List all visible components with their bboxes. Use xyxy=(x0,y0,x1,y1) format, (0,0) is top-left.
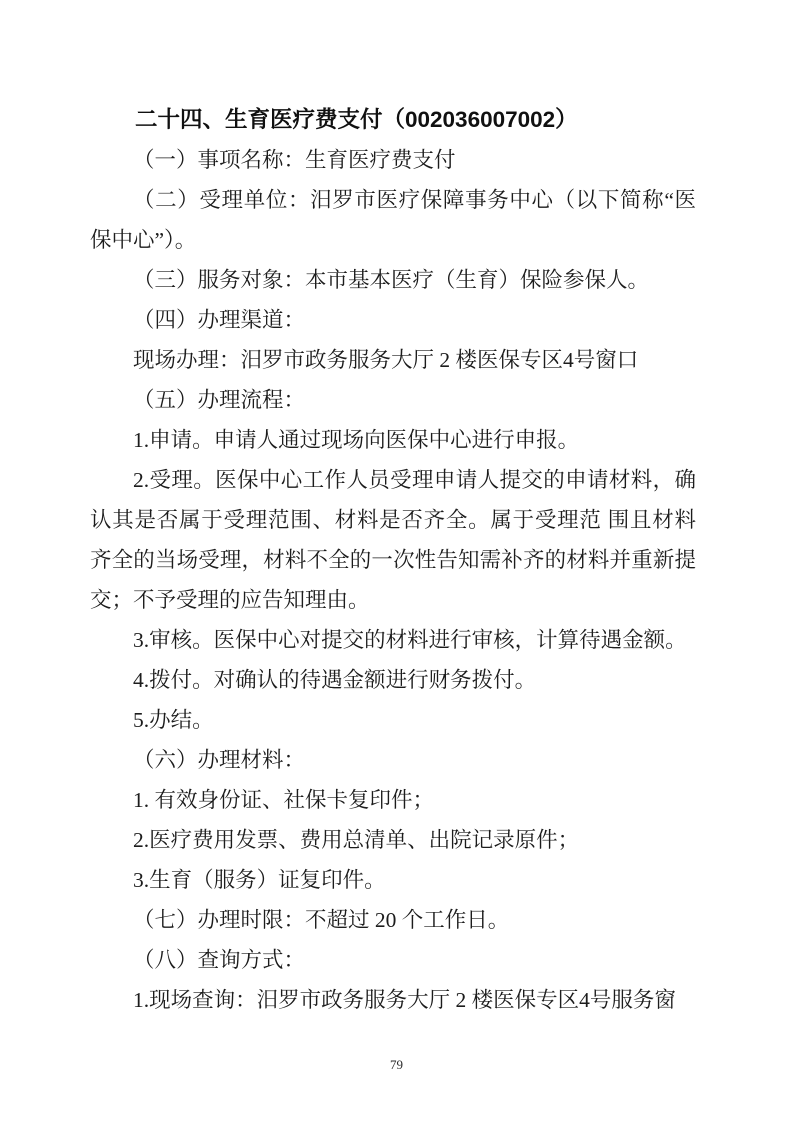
document-content: 二十四、生育医疗费支付（002036007002） （一）事项名称：生育医疗费支… xyxy=(90,100,696,1020)
paragraph-material-2: 2.医疗费用发票、费用总清单、出院记录原件； xyxy=(90,820,696,860)
paragraph-step-apply: 1.申请。申请人通过现场向医保中心进行申报。 xyxy=(90,420,696,460)
paragraph-inquiry-onsite: 1.现场查询：汨罗市政务服务大厅 2 楼医保专区4号服务窗 xyxy=(90,980,696,1020)
paragraph-onsite-channel: 现场办理：汨罗市政务服务大厅 2 楼医保专区4号窗口 xyxy=(90,340,696,380)
page-number: 79 xyxy=(0,1056,793,1074)
paragraph-step-accept: 2.受理。医保中心工作人员受理申请人提交的申请材料，确认其是否属于受理范围、材料… xyxy=(90,460,696,620)
paragraph-accepting-unit: （二）受理单位：汨罗市医疗保障事务中心（以下简称“医保中心”）。 xyxy=(90,180,696,260)
paragraph-inquiry-heading: （八）查询方式： xyxy=(90,940,696,980)
paragraph-service-target: （三）服务对象：本市基本医疗（生育）保险参保人。 xyxy=(90,260,696,300)
paragraph-item-name: （一）事项名称：生育医疗费支付 xyxy=(90,140,696,180)
paragraph-step-complete: 5.办结。 xyxy=(90,700,696,740)
document-page: 二十四、生育医疗费支付（002036007002） （一）事项名称：生育医疗费支… xyxy=(0,0,793,1122)
paragraph-step-disburse: 4.拨付。对确认的待遇金额进行财务拨付。 xyxy=(90,660,696,700)
paragraph-material-1: 1. 有效身份证、社保卡复印件； xyxy=(90,780,696,820)
paragraph-step-review: 3.审核。医保中心对提交的材料进行审核，计算待遇金额。 xyxy=(90,620,696,660)
paragraph-material-3: 3.生育（服务）证复印件。 xyxy=(90,860,696,900)
paragraph-channels-heading: （四）办理渠道： xyxy=(90,300,696,340)
section-title: 二十四、生育医疗费支付（002036007002） xyxy=(90,100,696,140)
paragraph-materials-heading: （六）办理材料： xyxy=(90,740,696,780)
paragraph-process-heading: （五）办理流程： xyxy=(90,380,696,420)
paragraph-time-limit: （七）办理时限：不超过 20 个工作日。 xyxy=(90,900,696,940)
